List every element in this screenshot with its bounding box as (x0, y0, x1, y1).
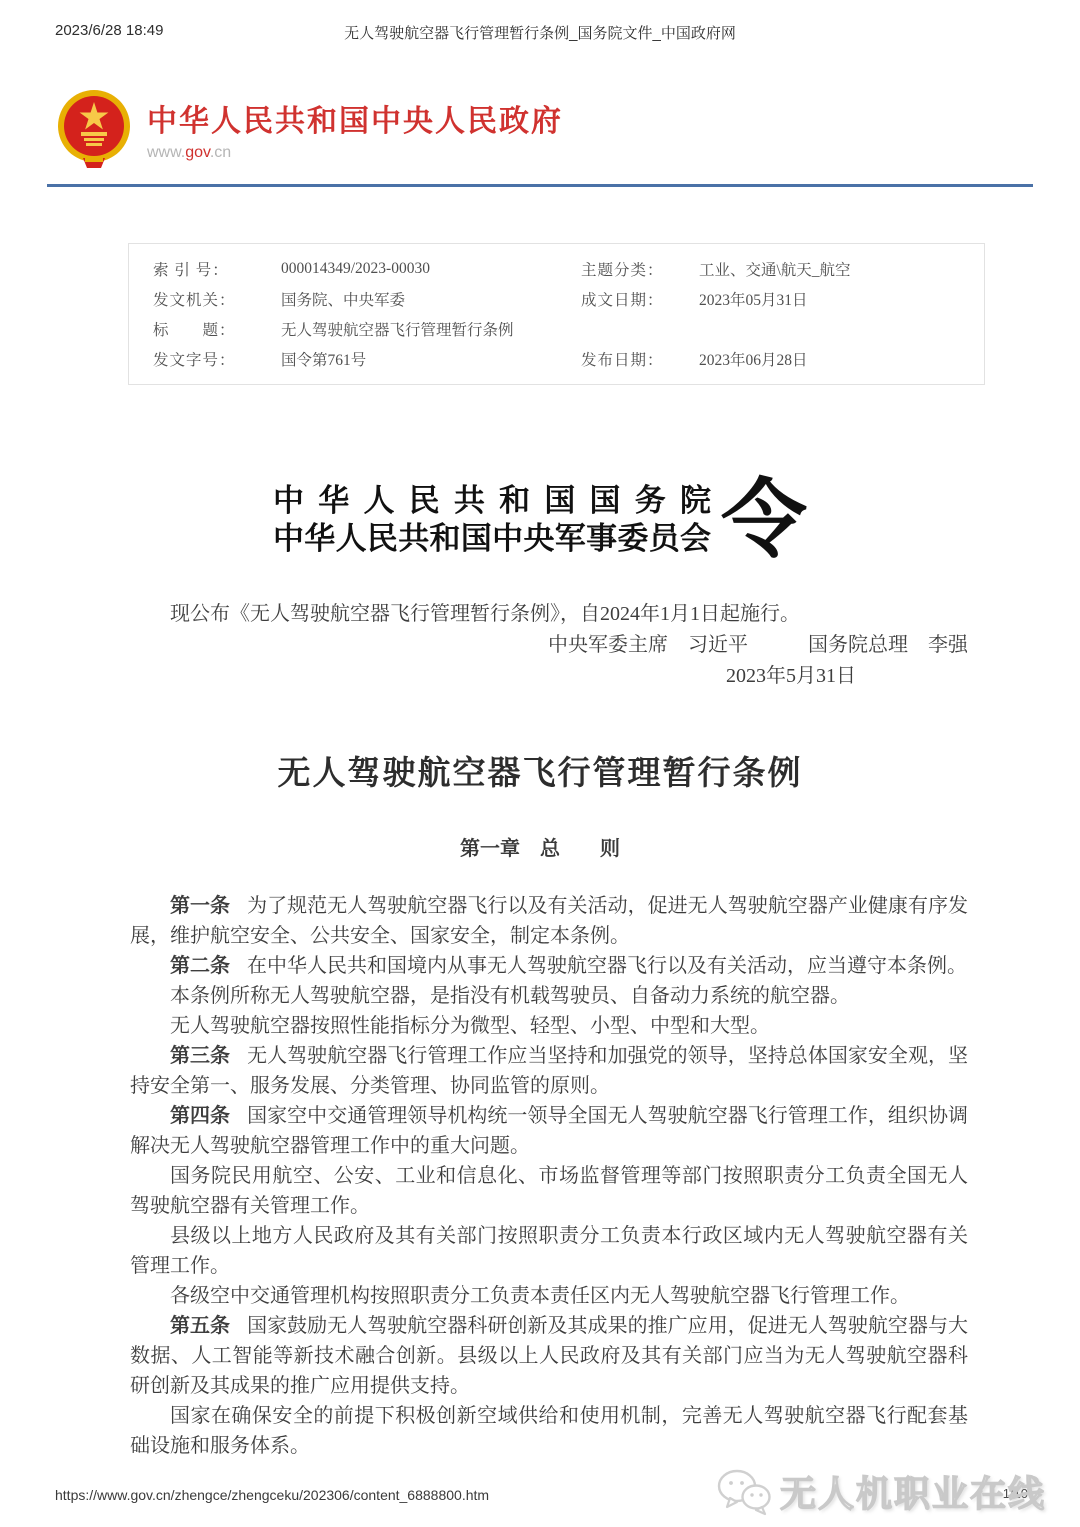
paragraph-text: 国务院民用航空、公安、工业和信息化、市场监督管理等部门按照职责分工负责全国无人驾… (130, 1165, 968, 1217)
meta-value: 国务院、中央军委 (281, 288, 581, 310)
site-text: 中华人民共和国中央人民政府 www.gov.cn (147, 96, 563, 162)
paragraph-text: 为了规范无人驾驶航空器飞行以及有关活动，促进无人驾驶航空器产业健康有序发展，维护… (130, 895, 968, 947)
document-meta-table: 索 引 号： 000014349/2023-00030 主题分类： 工业、交通\… (128, 243, 985, 385)
paragraph-text: 无人驾驶航空器飞行管理工作应当坚持和加强党的领导，坚持总体国家安全观，坚持安全第… (130, 1045, 968, 1097)
decree-announcement: 现公布《无人驾驶航空器飞行管理暂行条例》，自2024年1月1日起施行。 中央军委… (130, 599, 968, 691)
paragraph-text: 各级空中交通管理机构按照职责分工负责本责任区内无人驾驶航空器飞行管理工作。 (170, 1285, 910, 1307)
decree-issuer-line1: 中华人民共和国国务院 (273, 482, 711, 520)
article-number: 第三条 (170, 1045, 230, 1067)
print-header: 2023/6/28 18:49 无人驾驶航空器飞行管理暂行条例_国务院文件_中国… (0, 0, 1080, 44)
meta-label: 索 引 号： (153, 258, 281, 280)
site-url-gov: gov (185, 144, 210, 161)
meta-label: 发文机关： (153, 288, 281, 310)
decree-head: 中华人民共和国国务院 中华人民共和国中央军事委员会 令 (0, 477, 1080, 563)
decree-issuers: 中华人民共和国国务院 中华人民共和国中央军事委员会 (273, 482, 711, 558)
announcement-signatures: 中央军委主席 习近平 国务院总理 李强 (130, 630, 968, 660)
national-emblem-icon (55, 88, 133, 170)
govcn-logo[interactable]: 中华人民共和国中央人民政府 www.gov.cn (55, 88, 1080, 170)
regulation-paragraph: 第五条国家鼓励无人驾驶航空器科研创新及其成果的推广应用，促进无人驾驶航空器与大数… (130, 1311, 968, 1401)
meta-label: 发布日期： (581, 348, 699, 370)
regulation-paragraph: 县级以上地方人民政府及其有关部门按照职责分工负责本行政区域内无人驾驶航空器有关管… (130, 1221, 968, 1281)
wechat-icon (716, 1467, 772, 1517)
article-number: 第五条 (170, 1315, 230, 1337)
regulation-paragraph: 第三条无人驾驶航空器飞行管理工作应当坚持和加强党的领导，坚持总体国家安全观，坚持… (130, 1041, 968, 1101)
regulation-paragraph: 各级空中交通管理机构按照职责分工负责本责任区内无人驾驶航空器飞行管理工作。 (130, 1281, 968, 1311)
meta-row: 标 题： 无人驾驶航空器飞行管理暂行条例 (153, 314, 984, 344)
meta-label: 主题分类： (581, 258, 699, 280)
meta-value: 工业、交通\航天_航空 (699, 258, 984, 280)
regulation-paragraph: 第四条国家空中交通管理领导机构统一领导全国无人驾驶航空器飞行管理工作，组织协调解… (130, 1101, 968, 1161)
meta-value: 国令第761号 (281, 348, 581, 370)
page-number: 1/10 (1003, 1486, 1028, 1501)
paragraph-text: 国家空中交通管理领导机构统一领导全国无人驾驶航空器飞行管理工作，组织协调解决无人… (130, 1105, 968, 1157)
regulation-body: 第一条为了规范无人驾驶航空器飞行以及有关活动，促进无人驾驶航空器产业健康有序发展… (130, 891, 968, 1461)
decree-issuer-line2: 中华人民共和国中央军事委员会 (273, 520, 711, 558)
meta-value: 2023年06月28日 (699, 348, 984, 370)
announcement-text: 现公布《无人驾驶航空器飞行管理暂行条例》，自2024年1月1日起施行。 (130, 599, 968, 629)
print-timestamp: 2023/6/28 18:49 (55, 22, 163, 39)
regulation-paragraph: 国务院民用航空、公安、工业和信息化、市场监督管理等部门按照职责分工负责全国无人驾… (130, 1161, 968, 1221)
meta-value: 000014349/2023-00030 (281, 260, 581, 278)
meta-value: 2023年05月31日 (699, 288, 984, 310)
paragraph-text: 在中华人民共和国境内从事无人驾驶航空器飞行以及有关活动，应当遵守本条例。 (247, 955, 967, 977)
footer-url[interactable]: https://www.gov.cn/zhengce/zhengceku/202… (55, 1487, 489, 1503)
site-url: www.gov.cn (147, 144, 563, 162)
regulation-paragraph: 国家在确保安全的前提下积极创新空域供给和使用机制，完善无人驾驶航空器飞行配套基础… (130, 1401, 968, 1461)
watermark: 无人机职业在线 (716, 1466, 1046, 1517)
paragraph-text: 无人驾驶航空器按照性能指标分为微型、轻型、小型、中型和大型。 (170, 1015, 770, 1037)
header-divider (47, 184, 1033, 187)
site-url-cn: .cn (210, 144, 231, 161)
regulation-paragraph: 本条例所称无人驾驶航空器，是指没有机载驾驶员、自备动力系统的航空器。 (130, 981, 968, 1011)
regulation-title: 无人驾驶航空器飞行管理暂行条例 (0, 747, 1080, 794)
meta-label: 标 题： (153, 318, 281, 340)
regulation-paragraph: 第二条在中华人民共和国境内从事无人驾驶航空器飞行以及有关活动，应当遵守本条例。 (130, 951, 968, 981)
meta-row: 索 引 号： 000014349/2023-00030 主题分类： 工业、交通\… (153, 254, 984, 284)
article-number: 第四条 (170, 1105, 230, 1127)
meta-label: 发文字号： (153, 348, 281, 370)
paragraph-text: 国家在确保安全的前提下积极创新空域供给和使用机制，完善无人驾驶航空器飞行配套基础… (130, 1405, 968, 1457)
meta-label: 成文日期： (581, 288, 699, 310)
regulation-paragraph: 第一条为了规范无人驾驶航空器飞行以及有关活动，促进无人驾驶航空器产业健康有序发展… (130, 891, 968, 951)
meta-value: 无人驾驶航空器飞行管理暂行条例 (281, 318, 581, 340)
chapter-heading: 第一章 总 则 (0, 832, 1080, 861)
article-number: 第二条 (170, 955, 230, 977)
decree-seal-char: 令 (721, 477, 807, 563)
meta-row: 发文机关： 国务院、中央军委 成文日期： 2023年05月31日 (153, 284, 984, 314)
site-url-www: www. (147, 144, 185, 161)
announcement-date: 2023年5月31日 (130, 661, 968, 691)
site-name: 中华人民共和国中央人民政府 (147, 96, 563, 140)
regulation-paragraph: 无人驾驶航空器按照性能指标分为微型、轻型、小型、中型和大型。 (130, 1011, 968, 1041)
article-number: 第一条 (170, 895, 230, 917)
paragraph-text: 国家鼓励无人驾驶航空器科研创新及其成果的推广应用，促进无人驾驶航空器与大数据、人… (130, 1315, 968, 1397)
paragraph-text: 县级以上地方人民政府及其有关部门按照职责分工负责本行政区域内无人驾驶航空器有关管… (130, 1225, 968, 1277)
paragraph-text: 本条例所称无人驾驶航空器，是指没有机载驾驶员、自备动力系统的航空器。 (170, 985, 850, 1007)
meta-row: 发文字号： 国令第761号 发布日期： 2023年06月28日 (153, 344, 984, 374)
